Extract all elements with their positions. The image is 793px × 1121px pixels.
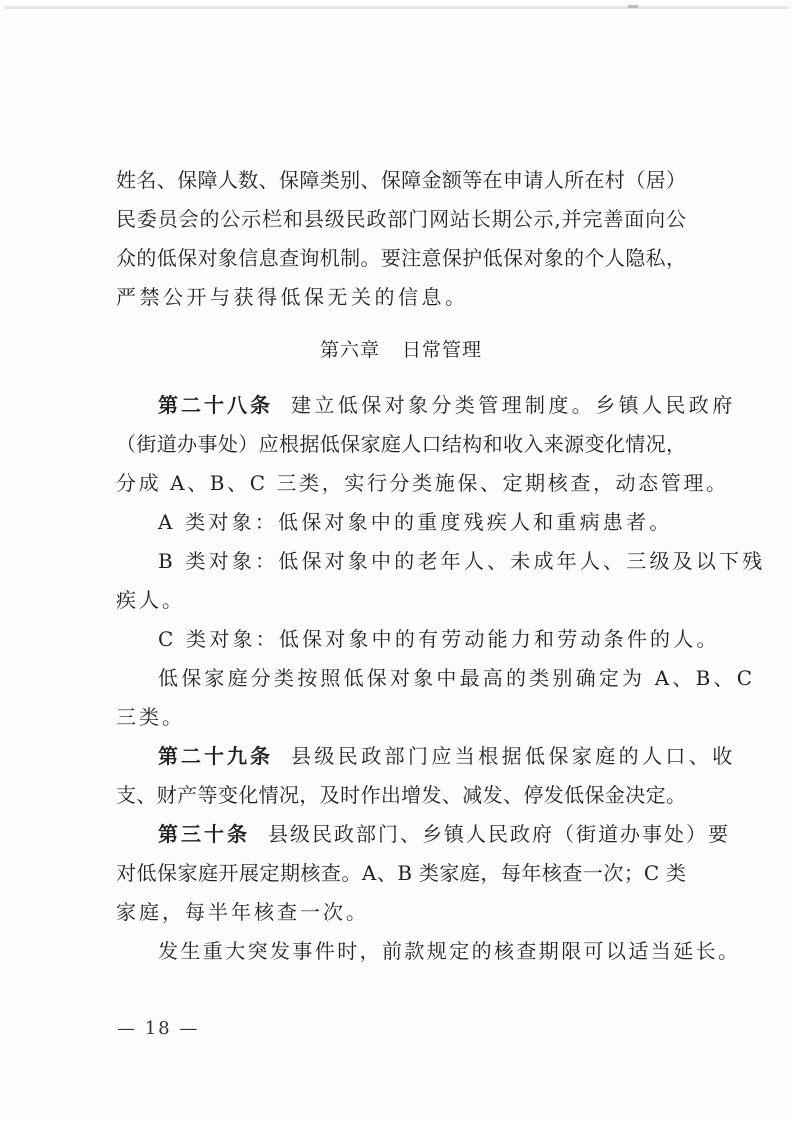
scan-mark: [628, 5, 638, 8]
article-29-line-1: 第二十九条县级民政部门应当根据低保家庭的人口、收: [116, 737, 686, 776]
text-line: 发生重大突发事件时，前款规定的核查期限可以适当延长。: [116, 932, 686, 971]
text-line: 家庭，每半年核查一次。: [116, 893, 686, 932]
text-line: A 类对象：低保对象中的重度残疾人和重病患者。: [116, 503, 686, 542]
text-line: 民委员会的公示栏和县级民政部门网站长期公示,并完善面向公: [116, 200, 686, 239]
text-line: 分成 A、B、C 三类，实行分类施保、定期核查，动态管理。: [116, 464, 686, 503]
article-28-line-1: 第二十八条建立低保对象分类管理制度。乡镇人民政府: [116, 386, 686, 425]
text-line: 姓名、保障人数、保障类别、保障金额等在申请人所在村（居）: [116, 161, 686, 200]
article-30-line-1: 第三十条县级民政部门、乡镇人民政府（街道办事处）要: [116, 815, 686, 854]
article-label: 第二十九条: [158, 744, 273, 768]
text-line: 严禁公开与获得低保无关的信息。: [116, 278, 686, 317]
document-page: 姓名、保障人数、保障类别、保障金额等在申请人所在村（居） 民委员会的公示栏和县级…: [116, 161, 686, 971]
chapter-title: 日常管理: [402, 339, 482, 361]
text-line: 低保家庭分类按照低保对象中最高的类别确定为 A、B、C: [116, 659, 686, 698]
page-number: — 18 —: [117, 1018, 199, 1039]
text-line: 对低保家庭开展定期核查。A、B 类家庭，每年核查一次；C 类: [116, 854, 686, 893]
text-line: （街道办事处）应根据低保家庭人口结构和收入来源变化情况，: [116, 425, 686, 464]
text-line: 三类。: [116, 698, 686, 737]
text-line: C 类对象：低保对象中的有劳动能力和劳动条件的人。: [116, 620, 686, 659]
chapter-heading: 第六章日常管理: [116, 331, 686, 370]
text-line: 众的低保对象信息查询机制。要注意保护低保对象的个人隐私，: [116, 239, 686, 278]
text-line: 疾人。: [116, 581, 686, 620]
article-label: 第三十条: [158, 822, 250, 846]
text-line: B 类对象：低保对象中的老年人、未成年人、三级及以下残: [116, 542, 686, 581]
scan-edge-line: [4, 6, 789, 9]
article-label: 第二十八条: [158, 393, 273, 417]
chapter-number: 第六章: [320, 339, 380, 361]
text-line: 支、财产等变化情况，及时作出增发、减发、停发低保金决定。: [116, 776, 686, 815]
